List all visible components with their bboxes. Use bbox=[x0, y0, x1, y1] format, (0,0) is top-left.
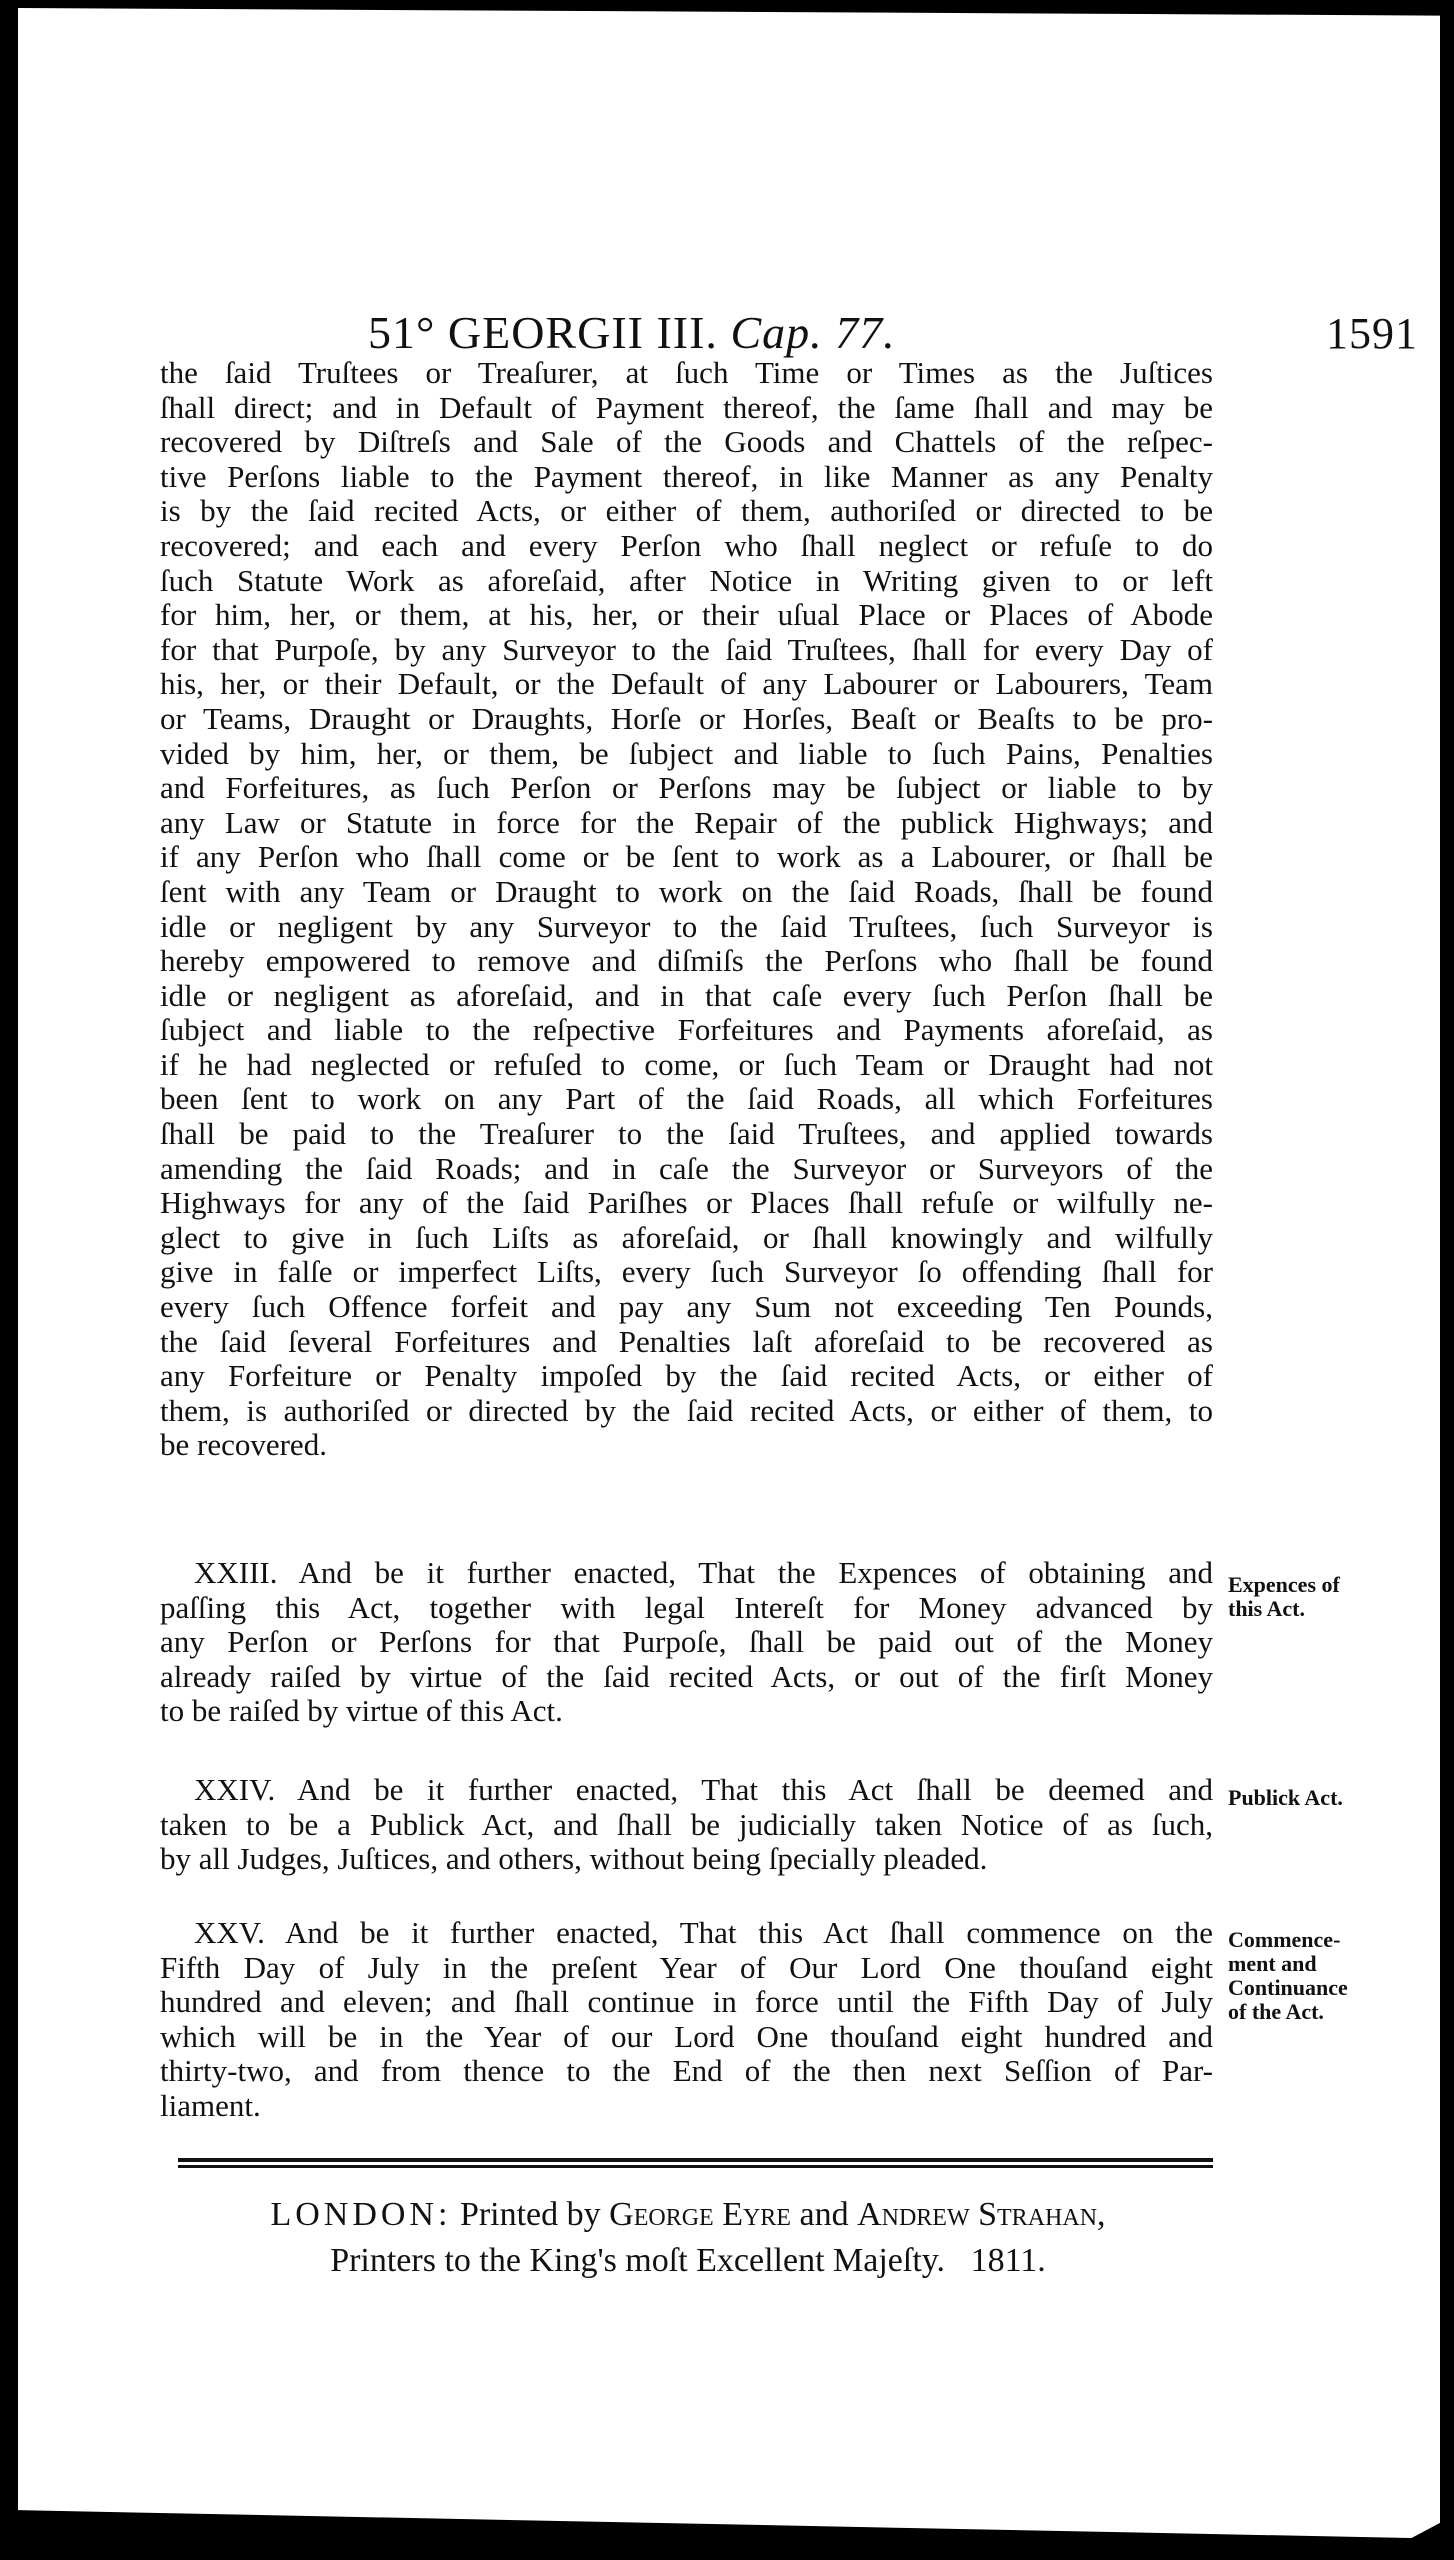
text-line: idle or negligent as aforeſaid, and in t… bbox=[160, 979, 1213, 1014]
text-line: vided by him, her, or them, be ſubject a… bbox=[160, 737, 1213, 772]
running-head: 51° GEORGII III. Cap. 77. bbox=[368, 306, 896, 359]
text-line: Fifth Day of July in the preſent Year of… bbox=[160, 1951, 1213, 1986]
margin-note-expences: Expences of this Act. bbox=[1228, 1573, 1428, 1621]
text-line: hereby empowered to remove and diſmiſs t… bbox=[160, 944, 1213, 979]
imprint-city: LONDON: bbox=[270, 2196, 451, 2233]
text-line: the ſaid ſeveral Forfeitures and Penalti… bbox=[160, 1325, 1213, 1360]
imprint-line-1: LONDON: Printed by George Eyre and Andre… bbox=[138, 2196, 1238, 2234]
margin-note-commencement: Commence- ment and Continuance of the Ac… bbox=[1228, 1928, 1428, 2024]
imprint-line-2: Printers to the King's moſt Excellent Ma… bbox=[138, 2242, 1238, 2280]
text-line: any Perſon or Perſons for that Purpoſe, … bbox=[160, 1625, 1213, 1660]
text-line: Highways for any of the ſaid Pariſhes or… bbox=[160, 1186, 1213, 1221]
text-line: glect to give in ſuch Liſts as aforeſaid… bbox=[160, 1221, 1213, 1256]
document-page: 51° GEORGII III. Cap. 77. 1591 the ſaid … bbox=[18, 8, 1440, 2538]
text-line: which will be in the Year of our Lord On… bbox=[160, 2020, 1213, 2055]
text-line: tive Perſons liable to the Payment there… bbox=[160, 460, 1213, 495]
text-line: XXV. And be it further enacted, That thi… bbox=[160, 1916, 1213, 1951]
text-line: any Forfeiture or Penalty impoſed by the… bbox=[160, 1359, 1213, 1394]
printer-name: Andrew Strahan, bbox=[857, 2196, 1105, 2233]
text-line: is by the ſaid recited Acts, or either o… bbox=[160, 494, 1213, 529]
text-line: XXIII. And be it further enacted, That t… bbox=[160, 1556, 1213, 1591]
margin-note-publick-act: Publick Act. bbox=[1228, 1786, 1428, 1810]
text-line: ſent with any Team or Draught to work on… bbox=[160, 875, 1213, 910]
text-line: ſubject and liable to the reſpective For… bbox=[160, 1013, 1213, 1048]
section-number: XXIV. bbox=[194, 1772, 275, 1807]
section-xxiv: XXIV. And be it further enacted, That th… bbox=[160, 1773, 1213, 1877]
section-xxiii: XXIII. And be it further enacted, That t… bbox=[160, 1556, 1213, 1729]
text-line: every ſuch Offence forfeit and pay any S… bbox=[160, 1290, 1213, 1325]
text-line: idle or negligent by any Surveyor to the… bbox=[160, 910, 1213, 945]
text-line: the ſaid Truſtees or Treaſurer, at ſuch … bbox=[160, 356, 1213, 391]
text-line: recovered by Diſtreſs and Sale of the Go… bbox=[160, 425, 1213, 460]
text-line: XXIV. And be it further enacted, That th… bbox=[160, 1773, 1213, 1808]
text-line: ſuch Statute Work as aforeſaid, after No… bbox=[160, 564, 1213, 599]
section-xxv: XXV. And be it further enacted, That thi… bbox=[160, 1916, 1213, 2124]
text-line: his, her, or their Default, or the Defau… bbox=[160, 667, 1213, 702]
text-line: thirty-two, and from thence to the End o… bbox=[160, 2054, 1213, 2089]
printer-name: George Eyre bbox=[609, 2196, 791, 2233]
text-line: any Law or Statute in force for the Repa… bbox=[160, 806, 1213, 841]
text-line: and Forfeitures, as ſuch Perſon or Perſo… bbox=[160, 771, 1213, 806]
text-line: hundred and eleven; and ſhall continue i… bbox=[160, 1985, 1213, 2020]
text-line: them, is authoriſed or directed by the ſ… bbox=[160, 1394, 1213, 1429]
chapter-number: Cap. 77. bbox=[730, 307, 895, 358]
section-number: XXV. bbox=[194, 1915, 265, 1950]
text-line: already raiſed by virtue of the ſaid rec… bbox=[160, 1660, 1213, 1695]
text-line: paſſing this Act, together with legal In… bbox=[160, 1591, 1213, 1626]
text-line: taken to be a Publick Act, and ſhall be … bbox=[160, 1808, 1213, 1843]
text-line: recovered; and each and every Perſon who… bbox=[160, 529, 1213, 564]
text-line: liament. bbox=[160, 2089, 1213, 2124]
text-line: be recovered. bbox=[160, 1428, 1213, 1463]
text-line: or Teams, Draught or Draughts, Horſe or … bbox=[160, 702, 1213, 737]
text-line: by all Judges, Juſtices, and others, wit… bbox=[160, 1842, 1213, 1877]
double-rule-divider bbox=[178, 2158, 1213, 2168]
section-number: XXIII. bbox=[194, 1555, 278, 1590]
text-line: to be raiſed by virtue of this Act. bbox=[160, 1694, 1213, 1729]
continuation-paragraph: the ſaid Truſtees or Treaſurer, at ſuch … bbox=[160, 356, 1213, 1463]
regnal-year: 51° GEORGII III. bbox=[368, 307, 718, 358]
text-line: give in falſe or imperfect Liſts, every … bbox=[160, 1255, 1213, 1290]
page-number: 1591 bbox=[1326, 308, 1418, 359]
text-line: ſhall direct; and in Default of Payment … bbox=[160, 391, 1213, 426]
text-line: for him, her, or them, at his, her, or t… bbox=[160, 598, 1213, 633]
text-line: been ſent to work on any Part of the ſai… bbox=[160, 1082, 1213, 1117]
text-line: amending the ſaid Roads; and in caſe the… bbox=[160, 1152, 1213, 1187]
imprint-year: 1811. bbox=[971, 2242, 1046, 2279]
text-line: ſhall be paid to the Treaſurer to the ſa… bbox=[160, 1117, 1213, 1152]
text-line: if he had neglected or refuſed to come, … bbox=[160, 1048, 1213, 1083]
text-line: for that Purpoſe, by any Surveyor to the… bbox=[160, 633, 1213, 668]
text-line: if any Perſon who ſhall come or be ſent … bbox=[160, 840, 1213, 875]
